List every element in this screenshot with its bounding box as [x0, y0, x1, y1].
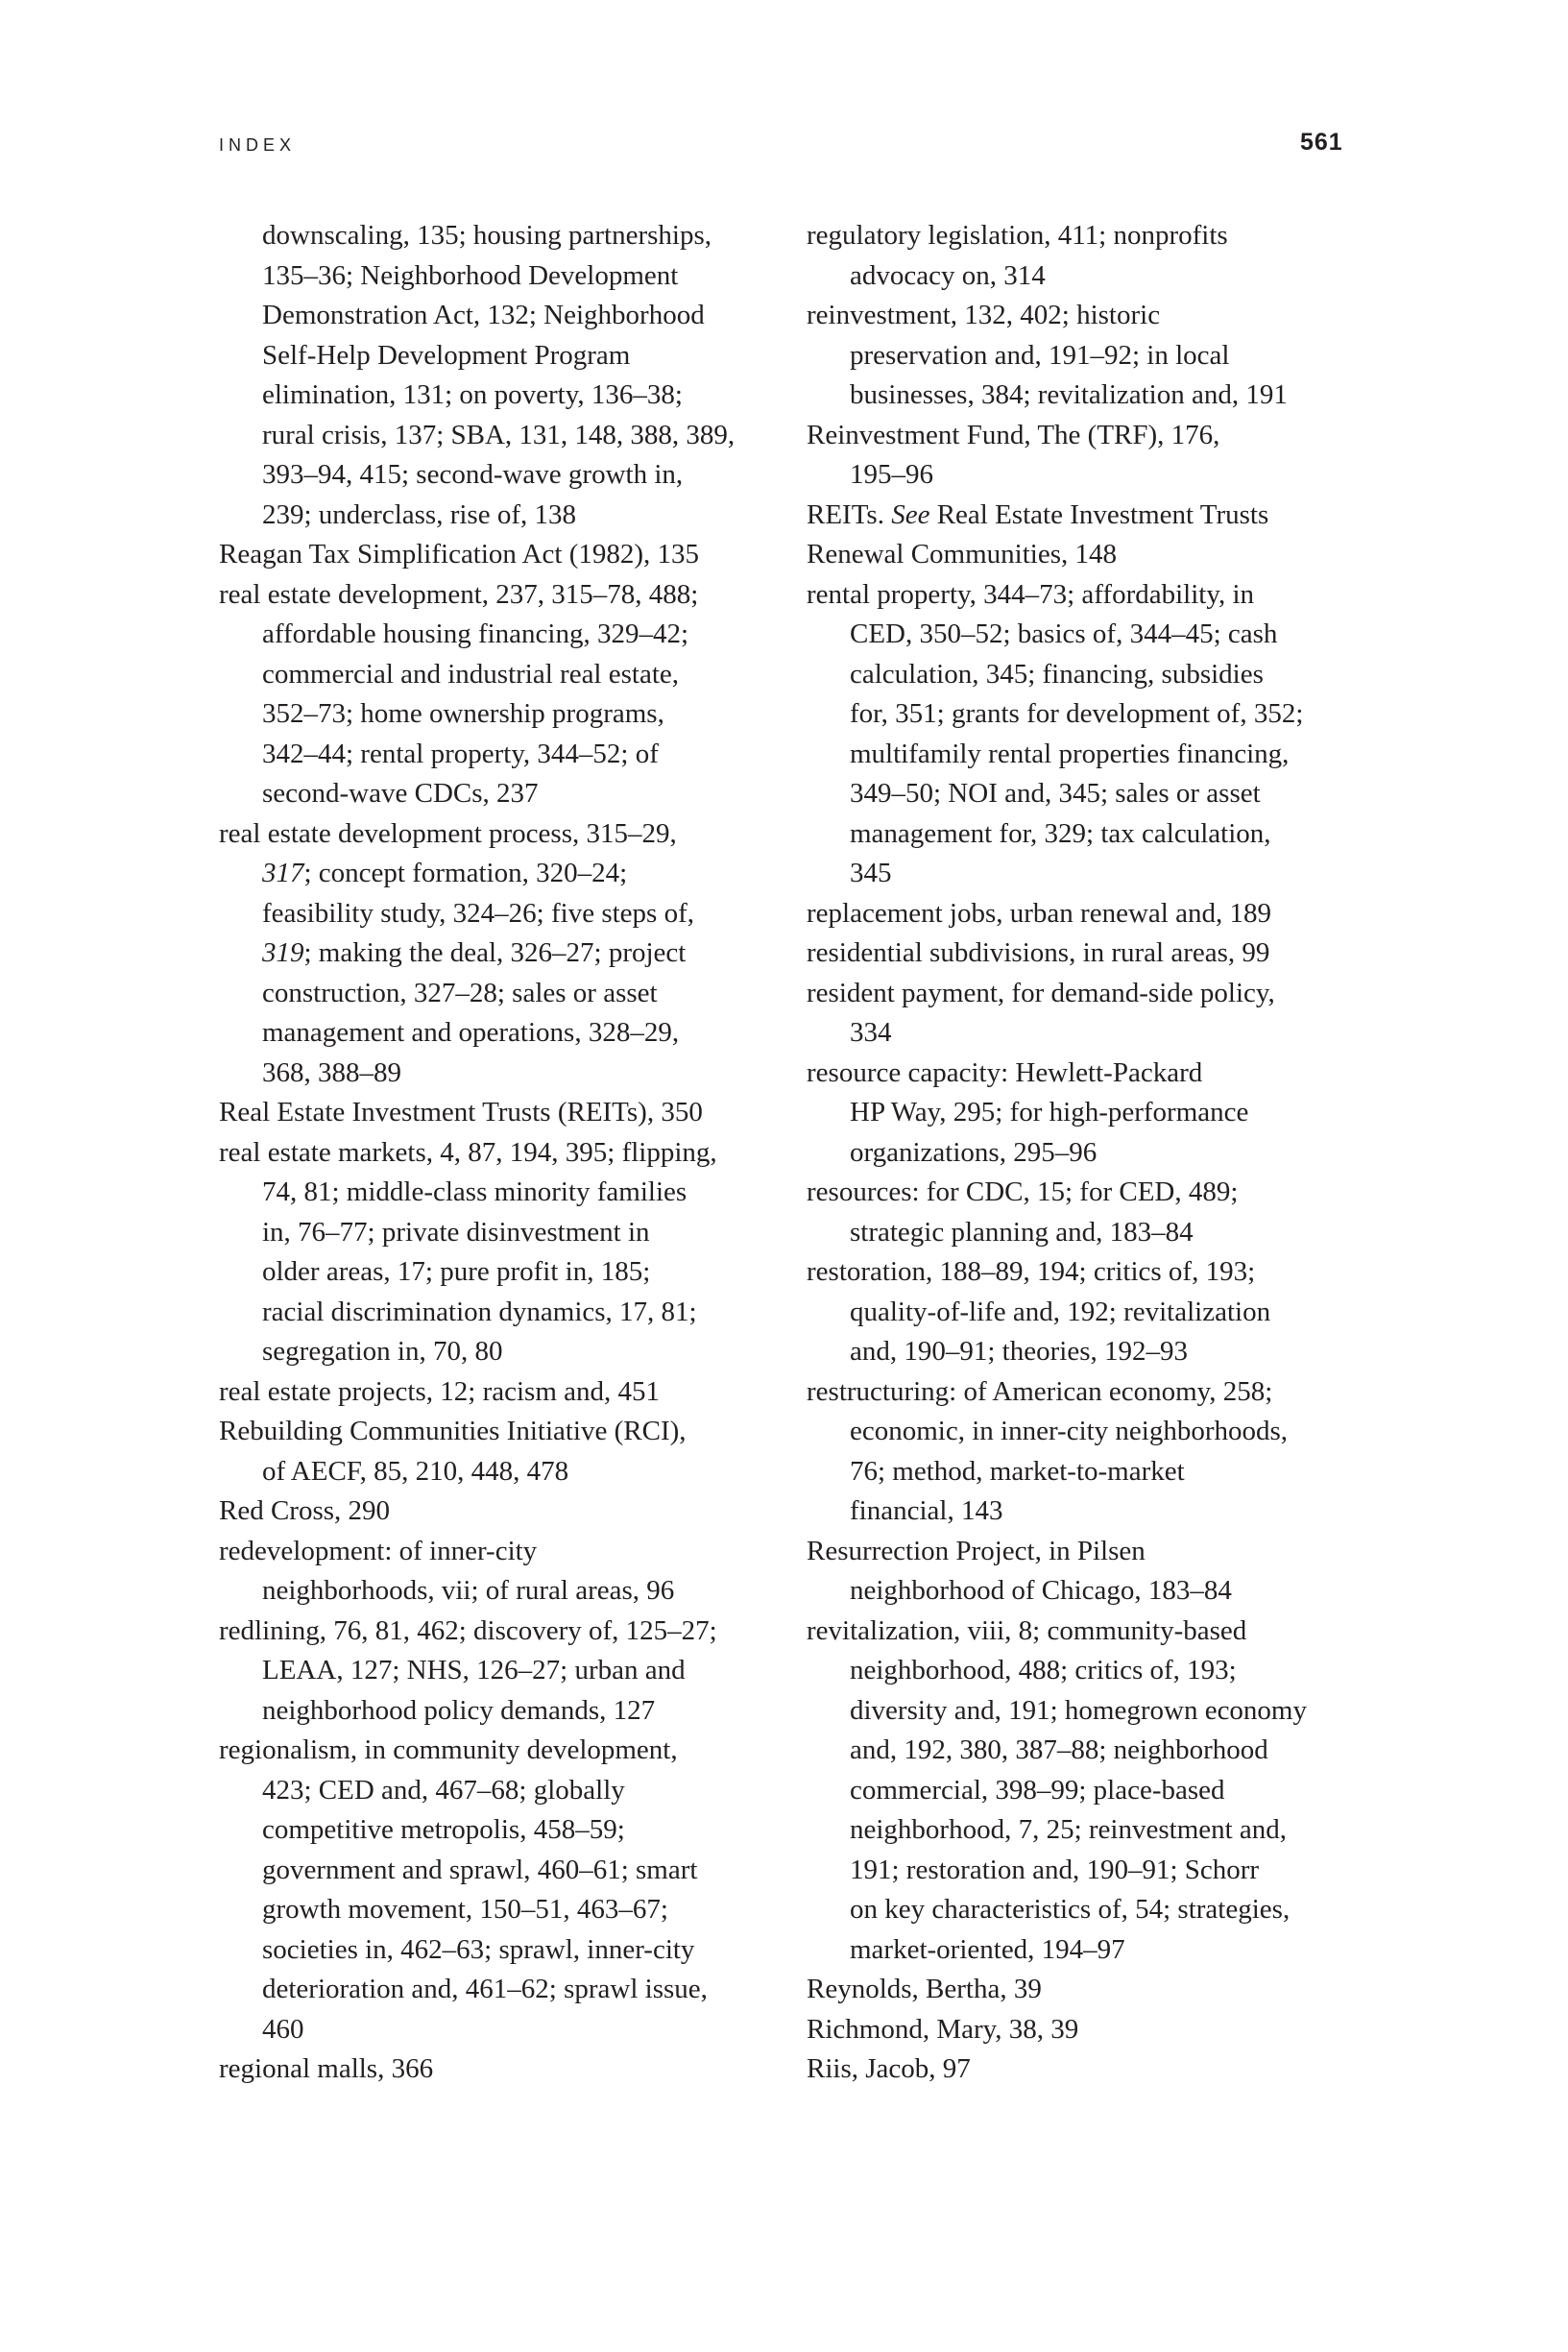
entry-text: resources: for CDC, 15; for CED, 489;	[807, 1176, 1238, 1207]
index-subentry-line: commercial and industrial real estate,	[219, 655, 776, 695]
entry-text: 393–94, 415; second-wave growth in,	[262, 459, 683, 490]
entry-text: racial discrimination dynamics, 17, 81;	[262, 1297, 697, 1327]
index-subentry-line: neighborhoods, vii; of rural areas, 96	[219, 1571, 776, 1612]
index-subentry-line: quality-of-life and, 192; revitalization	[807, 1293, 1363, 1333]
entry-text: in, 76–77; private disinvestment in	[262, 1217, 650, 1248]
index-entry-line: real estate development process, 315–29,	[219, 814, 776, 855]
entry-text: downscaling, 135; housing partnerships,	[262, 220, 712, 251]
entry-text: real estate development, 237, 315–78, 48…	[219, 579, 698, 610]
index-subentry-line: elimination, 131; on poverty, 136–38;	[219, 376, 776, 416]
index-subentry-line: calculation, 345; financing, subsidies	[807, 655, 1363, 695]
entry-text: real estate development process, 315–29,	[219, 818, 677, 849]
index-subentry-line: management and operations, 328–29,	[219, 1013, 776, 1054]
index-subentry-line: 342–44; rental property, 344–52; of	[219, 735, 776, 775]
index-subentry-line: financial, 143	[807, 1491, 1363, 1532]
index-page: INDEX 561 downscaling, 135; housing part…	[0, 0, 1568, 2352]
index-subentry-line: economic, in inner-city neighborhoods,	[807, 1412, 1363, 1452]
index-entry-line: residential subdivisions, in rural areas…	[807, 934, 1363, 974]
index-subentry-line: neighborhood of Chicago, 183–84	[807, 1571, 1363, 1612]
entry-text: redlining, 76, 81, 462; discovery of, 12…	[219, 1615, 717, 1646]
index-subentry-line: Self-Help Development Program	[219, 336, 776, 376]
index-subentry-line: 74, 81; middle-class minority families	[219, 1173, 776, 1213]
entry-text: elimination, 131; on poverty, 136–38;	[262, 379, 683, 410]
entry-text: 342–44; rental property, 344–52; of	[262, 739, 659, 769]
entry-text: restructuring: of American economy, 258;	[807, 1376, 1272, 1407]
entry-text: restoration, 188–89, 194; critics of, 19…	[807, 1256, 1255, 1287]
index-subentry-line: 135–36; Neighborhood Development	[219, 256, 776, 297]
entry-text: feasibility study, 324–26; five steps of…	[262, 898, 694, 929]
index-subentry-line: racial discrimination dynamics, 17, 81;	[219, 1293, 776, 1333]
entry-text: neighborhood policy demands, 127	[262, 1695, 655, 1726]
entry-text: Riis, Jacob, 97	[807, 2053, 971, 2084]
entry-text: government and sprawl, 460–61; smart	[262, 1855, 697, 1885]
index-entry-line: Resurrection Project, in Pilsen	[807, 1532, 1363, 1572]
index-entry-line: Red Cross, 290	[219, 1491, 776, 1532]
index-entry-line: restructuring: of American economy, 258;	[807, 1372, 1363, 1413]
entry-text: 74, 81; middle-class minority families	[262, 1176, 687, 1207]
entry-text: REITs.	[807, 499, 891, 530]
entry-text: market-oriented, 194–97	[850, 1934, 1125, 1965]
entry-text: and, 192, 380, 387–88; neighborhood	[850, 1734, 1268, 1765]
entry-text: 239; underclass, rise of, 138	[262, 499, 576, 530]
entry-text: Demonstration Act, 132; Neighborhood	[262, 300, 705, 330]
entry-text: quality-of-life and, 192; revitalization	[850, 1297, 1270, 1327]
entry-text: resident payment, for demand-side policy…	[807, 978, 1275, 1008]
entry-text: rural crisis, 137; SBA, 131, 148, 388, 3…	[262, 420, 735, 450]
index-column-left: downscaling, 135; housing partnerships,1…	[219, 216, 776, 2090]
entry-text: reinvestment, 132, 402; historic	[807, 300, 1160, 330]
entry-text: regionalism, in community development,	[219, 1734, 678, 1765]
index-entry-line: Reinvestment Fund, The (TRF), 176,	[807, 416, 1363, 456]
index-entry-line: revitalization, viii, 8; community-based	[807, 1612, 1363, 1652]
index-subentry-line: growth movement, 150–51, 463–67;	[219, 1890, 776, 1930]
index-subentry-line: 191; restoration and, 190–91; Schorr	[807, 1851, 1363, 1891]
index-subentry-line: commercial, 398–99; place-based	[807, 1771, 1363, 1811]
entry-text: replacement jobs, urban renewal and, 189	[807, 898, 1271, 929]
index-entry-line: restoration, 188–89, 194; critics of, 19…	[807, 1252, 1363, 1293]
entry-text: Self-Help Development Program	[262, 340, 630, 371]
entry-text: 135–36; Neighborhood Development	[262, 260, 678, 291]
index-entry-line: resources: for CDC, 15; for CED, 489;	[807, 1173, 1363, 1213]
index-entry-line: replacement jobs, urban renewal and, 189	[807, 894, 1363, 934]
index-subentry-line: neighborhood, 488; critics of, 193;	[807, 1651, 1363, 1691]
index-entry-line: regulatory legislation, 411; nonprofits	[807, 216, 1363, 256]
index-subentry-line: 345	[807, 854, 1363, 894]
entry-text: 368, 388–89	[262, 1057, 401, 1088]
entry-text: Richmond, Mary, 38, 39	[807, 2014, 1078, 2045]
index-subentry-line: neighborhood policy demands, 127	[219, 1691, 776, 1732]
index-subentry-line: and, 190–91; theories, 192–93	[807, 1332, 1363, 1372]
index-subentry-line: affordable housing financing, 329–42;	[219, 615, 776, 655]
entry-text: rental property, 344–73; affordability, …	[807, 579, 1254, 610]
entry-text: strategic planning and, 183–84	[850, 1217, 1194, 1248]
index-subentry-line: in, 76–77; private disinvestment in	[219, 1213, 776, 1253]
entry-text: calculation, 345; financing, subsidies	[850, 659, 1264, 690]
entry-text: management and operations, 328–29,	[262, 1017, 679, 1048]
index-subentry-line: of AECF, 85, 210, 448, 478	[219, 1452, 776, 1492]
entry-text: 352–73; home ownership programs,	[262, 698, 664, 729]
index-subentry-line: on key characteristics of, 54; strategie…	[807, 1890, 1363, 1930]
index-subentry-line: competitive metropolis, 458–59;	[219, 1810, 776, 1851]
index-subentry-line: market-oriented, 194–97	[807, 1930, 1363, 1971]
index-entry-line: Riis, Jacob, 97	[807, 2049, 1363, 2090]
index-subentry-line: diversity and, 191; homegrown economy	[807, 1691, 1363, 1732]
entry-text: Rebuilding Communities Initiative (RCI),	[219, 1416, 687, 1446]
entry-text: CED, 350–52; basics of, 344–45; cash	[850, 618, 1277, 649]
entry-text: regional malls, 366	[219, 2053, 433, 2084]
page-number: 561	[1300, 129, 1343, 157]
index-subentry-line: 195–96	[807, 455, 1363, 496]
entry-text: financial, 143	[850, 1495, 1002, 1526]
index-subentry-line: advocacy on, 314	[807, 256, 1363, 297]
index-entry-line: real estate development, 237, 315–78, 48…	[219, 575, 776, 616]
index-subentry-line: 317; concept formation, 320–24;	[219, 854, 776, 894]
index-entry-line: Rebuilding Communities Initiative (RCI),	[219, 1412, 776, 1452]
index-subentry-line: construction, 327–28; sales or asset	[219, 974, 776, 1014]
entry-text: commercial and industrial real estate,	[262, 659, 679, 690]
entry-text: economic, in inner-city neighborhoods,	[850, 1416, 1288, 1446]
index-entry-line: Renewal Communities, 148	[807, 535, 1363, 575]
entry-text: older areas, 17; pure profit in, 185;	[262, 1256, 650, 1287]
index-subentry-line: 349–50; NOI and, 345; sales or asset	[807, 774, 1363, 814]
entry-text: Reynolds, Bertha, 39	[807, 1974, 1042, 2004]
entry-text: Red Cross, 290	[219, 1495, 390, 1526]
entry-text: competitive metropolis, 458–59;	[262, 1814, 625, 1845]
entry-text: regulatory legislation, 411; nonprofits	[807, 220, 1228, 251]
entry-text: for, 351; grants for development of, 352…	[850, 698, 1303, 729]
entry-text: of AECF, 85, 210, 448, 478	[262, 1456, 568, 1487]
index-subentry-line: rural crisis, 137; SBA, 131, 148, 388, 3…	[219, 416, 776, 456]
index-subentry-line: neighborhood, 7, 25; reinvestment and,	[807, 1810, 1363, 1851]
entry-text: segregation in, 70, 80	[262, 1336, 502, 1367]
entry-text: Reinvestment Fund, The (TRF), 176,	[807, 420, 1219, 450]
entry-text: ; making the deal, 326–27; project	[304, 937, 687, 968]
index-entry-line: Richmond, Mary, 38, 39	[807, 2010, 1363, 2050]
entry-text: second-wave CDCs, 237	[262, 778, 539, 809]
index-subentry-line: feasibility study, 324–26; five steps of…	[219, 894, 776, 934]
running-head: INDEX	[219, 135, 296, 156]
entry-text: 195–96	[850, 459, 933, 490]
entry-text: real estate markets, 4, 87, 194, 395; fl…	[219, 1137, 717, 1168]
index-subentry-line: for, 351; grants for development of, 352…	[807, 694, 1363, 735]
index-entry-line: redlining, 76, 81, 462; discovery of, 12…	[219, 1612, 776, 1652]
index-subentry-line: second-wave CDCs, 237	[219, 774, 776, 814]
index-entry-line: redevelopment: of inner-city	[219, 1532, 776, 1572]
entry-text: neighborhoods, vii; of rural areas, 96	[262, 1575, 674, 1606]
index-entry-line: Real Estate Investment Trusts (REITs), 3…	[219, 1093, 776, 1133]
entry-text: and, 190–91; theories, 192–93	[850, 1336, 1188, 1367]
entry-text: organizations, 295–96	[850, 1137, 1097, 1168]
entry-text: construction, 327–28; sales or asset	[262, 978, 658, 1008]
entry-text: on key characteristics of, 54; strategie…	[850, 1894, 1290, 1925]
entry-text: neighborhood, 488; critics of, 193;	[850, 1655, 1237, 1685]
entry-text: management for, 329; tax calculation,	[850, 818, 1271, 849]
index-entry-line: rental property, 344–73; affordability, …	[807, 575, 1363, 616]
entry-text: preservation and, 191–92; in local	[850, 340, 1229, 371]
index-entry-line: regional malls, 366	[219, 2049, 776, 2090]
entry-text: LEAA, 127; NHS, 126–27; urban and	[262, 1655, 686, 1685]
index-subentry-line: 368, 388–89	[219, 1054, 776, 1094]
italic-text: 319	[262, 937, 304, 968]
entry-text: 423; CED and, 467–68; globally	[262, 1775, 625, 1806]
index-subentry-line: deterioration and, 461–62; sprawl issue,	[219, 1970, 776, 2010]
index-subentry-line: LEAA, 127; NHS, 126–27; urban and	[219, 1651, 776, 1691]
entry-text: residential subdivisions, in rural areas…	[807, 937, 1269, 968]
index-subentry-line: societies in, 462–63; sprawl, inner-city	[219, 1930, 776, 1971]
index-subentry-line: 319; making the deal, 326–27; project	[219, 934, 776, 974]
entry-text: 460	[262, 2014, 304, 2045]
index-subentry-line: 239; underclass, rise of, 138	[219, 496, 776, 536]
index-entry-line: Reynolds, Bertha, 39	[807, 1970, 1363, 2010]
entry-text: 76; method, market-to-market	[850, 1456, 1185, 1487]
index-subentry-line: management for, 329; tax calculation,	[807, 814, 1363, 855]
entry-text: deterioration and, 461–62; sprawl issue,	[262, 1974, 708, 2004]
index-subentry-line: preservation and, 191–92; in local	[807, 336, 1363, 376]
italic-text: 317	[262, 858, 304, 888]
index-subentry-line: 76; method, market-to-market	[807, 1452, 1363, 1492]
index-subentry-line: multifamily rental properties financing,	[807, 735, 1363, 775]
entry-text: real estate projects, 12; racism and, 45…	[219, 1376, 660, 1407]
entry-text: societies in, 462–63; sprawl, inner-city	[262, 1934, 694, 1965]
entry-text: redevelopment: of inner-city	[219, 1536, 537, 1566]
index-subentry-line: 393–94, 415; second-wave growth in,	[219, 455, 776, 496]
entry-text: Real Estate Investment Trusts (REITs), 3…	[219, 1097, 703, 1128]
entry-text: commercial, 398–99; place-based	[850, 1775, 1225, 1806]
index-column-right: regulatory legislation, 411; nonprofitsa…	[807, 216, 1363, 2090]
entry-text: 191; restoration and, 190–91; Schorr	[850, 1855, 1259, 1885]
index-entry-line: reinvestment, 132, 402; historic	[807, 296, 1363, 336]
index-entry-line: Reagan Tax Simplification Act (1982), 13…	[219, 535, 776, 575]
index-subentry-line: Demonstration Act, 132; Neighborhood	[219, 296, 776, 336]
index-subentry-line: businesses, 384; revitalization and, 191	[807, 376, 1363, 416]
entry-text: multifamily rental properties financing,	[850, 739, 1289, 769]
index-subentry-line: government and sprawl, 460–61; smart	[219, 1851, 776, 1891]
index-subentry-line: downscaling, 135; housing partnerships,	[219, 216, 776, 256]
index-entry-line: resource capacity: Hewlett-Packard	[807, 1054, 1363, 1094]
index-subentry-line: strategic planning and, 183–84	[807, 1213, 1363, 1253]
entry-text: 345	[850, 858, 892, 888]
entry-text: neighborhood, 7, 25; reinvestment and,	[850, 1814, 1287, 1845]
entry-text: revitalization, viii, 8; community-based	[807, 1615, 1246, 1646]
entry-text: Real Estate Investment Trusts	[929, 499, 1268, 530]
entry-text: advocacy on, 314	[850, 260, 1046, 291]
index-subentry-line: CED, 350–52; basics of, 344–45; cash	[807, 615, 1363, 655]
index-subentry-line: 423; CED and, 467–68; globally	[219, 1771, 776, 1811]
index-entry-line: REITs. See Real Estate Investment Trusts	[807, 496, 1363, 536]
index-subentry-line: HP Way, 295; for high-performance	[807, 1093, 1363, 1133]
index-subentry-line: older areas, 17; pure profit in, 185;	[219, 1252, 776, 1293]
entry-text: Resurrection Project, in Pilsen	[807, 1536, 1146, 1566]
index-subentry-line: 460	[219, 2010, 776, 2050]
entry-text: ; concept formation, 320–24;	[304, 858, 628, 888]
index-entry-line: regionalism, in community development,	[219, 1731, 776, 1771]
index-subentry-line: 334	[807, 1013, 1363, 1054]
index-subentry-line: and, 192, 380, 387–88; neighborhood	[807, 1731, 1363, 1771]
entry-text: 349–50; NOI and, 345; sales or asset	[850, 778, 1261, 809]
entry-text: 334	[850, 1017, 892, 1048]
entry-text: Reagan Tax Simplification Act (1982), 13…	[219, 539, 699, 570]
entry-text: growth movement, 150–51, 463–67;	[262, 1894, 668, 1925]
entry-text: businesses, 384; revitalization and, 191	[850, 379, 1288, 410]
entry-text: diversity and, 191; homegrown economy	[850, 1695, 1307, 1726]
entry-text: HP Way, 295; for high-performance	[850, 1097, 1248, 1128]
index-subentry-line: 352–73; home ownership programs,	[219, 694, 776, 735]
index-subentry-line: organizations, 295–96	[807, 1133, 1363, 1174]
entry-text: Renewal Communities, 148	[807, 539, 1117, 570]
index-entry-line: real estate projects, 12; racism and, 45…	[219, 1372, 776, 1413]
entry-text: affordable housing financing, 329–42;	[262, 618, 688, 649]
index-entry-line: resident payment, for demand-side policy…	[807, 974, 1363, 1014]
entry-text: resource capacity: Hewlett-Packard	[807, 1057, 1202, 1088]
index-entry-line: real estate markets, 4, 87, 194, 395; fl…	[219, 1133, 776, 1174]
entry-text: neighborhood of Chicago, 183–84	[850, 1575, 1232, 1606]
italic-text: See	[891, 499, 929, 530]
index-subentry-line: segregation in, 70, 80	[219, 1332, 776, 1372]
